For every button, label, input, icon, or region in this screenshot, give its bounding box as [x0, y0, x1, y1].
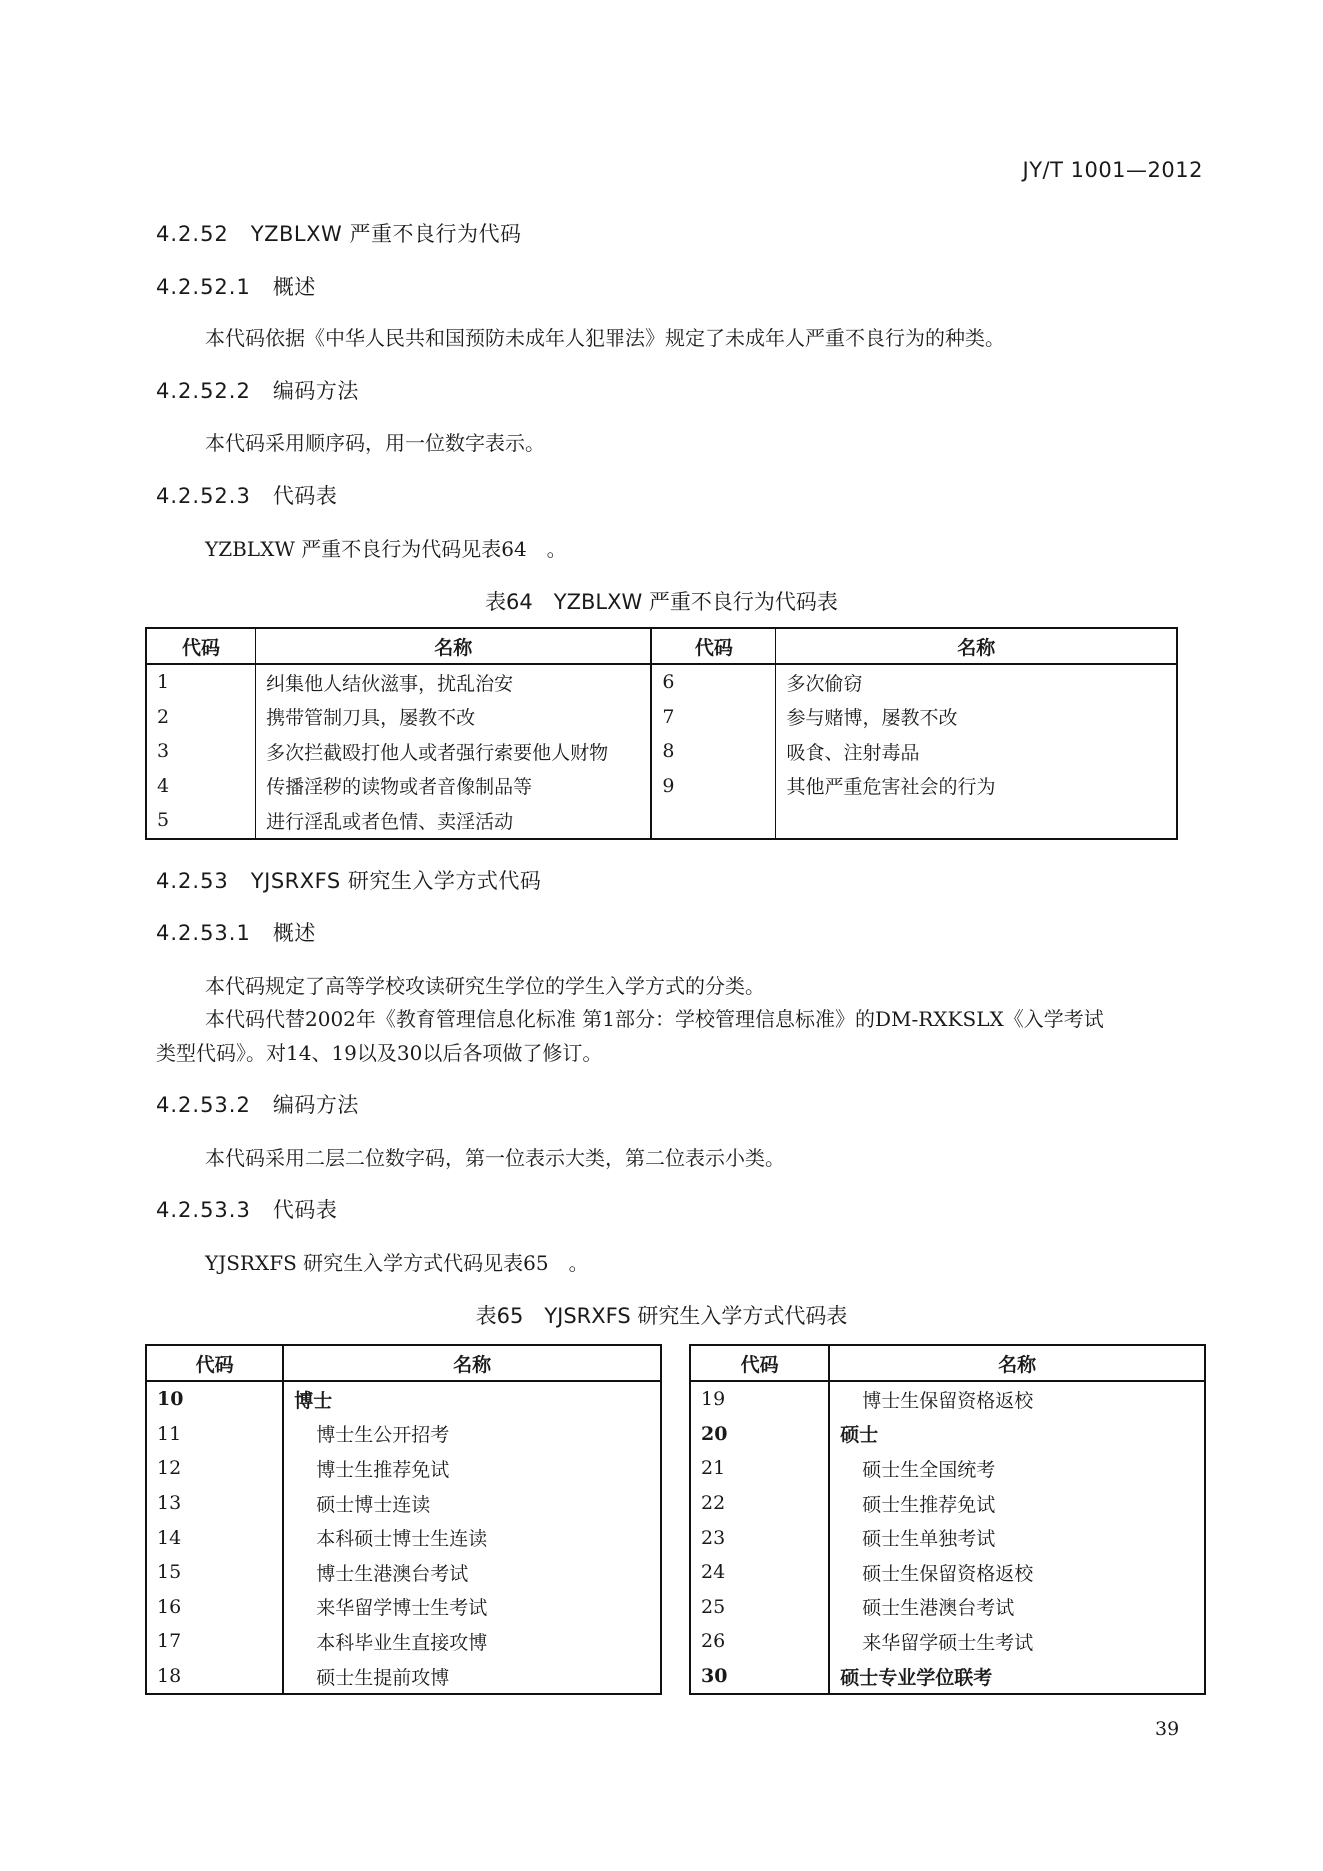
name-cell: 携带管制刀具，屡教不改: [256, 700, 652, 735]
name-cell: 硕士生单独考试: [829, 1520, 1205, 1555]
table-row: 12 博士生推荐免试: [146, 1451, 661, 1486]
table-row: 25 硕士生港澳台考试: [690, 1590, 1205, 1625]
name-cell: 博士生保留资格返校: [829, 1381, 1205, 1417]
table-row: 3 多次拦截殴打他人或者强行索要他人财物 8 吸食、注射毒品: [146, 734, 1177, 769]
code-cell: 26: [690, 1624, 829, 1659]
code-cell: 5: [146, 803, 256, 839]
name-cell: 本科毕业生直接攻博: [283, 1624, 661, 1659]
table-row: 10 博士: [146, 1381, 661, 1417]
name-cell: [776, 803, 1177, 839]
table-row: 20 硕士: [690, 1417, 1205, 1452]
code-cell: 8: [651, 734, 776, 769]
code-cell: 13: [146, 1486, 283, 1521]
section-title: YZBLXW 严重不良行为代码: [251, 222, 522, 246]
name-cell: 硕士博士连读: [283, 1486, 661, 1521]
code-cell: 2: [146, 700, 256, 735]
name-cell: 硕士生港澳台考试: [829, 1590, 1205, 1625]
table-caption: 表64 YZBLXW 严重不良行为代码表: [0, 586, 1323, 616]
code-cell: 10: [146, 1381, 283, 1417]
category-name-cell: 硕士专业学位联考: [829, 1659, 1205, 1695]
column-header-name: 名称: [776, 628, 1177, 664]
code-cell: [651, 803, 776, 839]
column-header-code: 代码: [651, 628, 776, 664]
subsection-title: 概述: [273, 921, 316, 945]
subsection-number: 4.2.53.1: [156, 921, 251, 945]
paragraph: 本代码代替2002年《教育管理信息化标准 第1部分：学校管理信息标准》的DM-R…: [205, 1003, 1104, 1032]
subsection-heading-4-2-53-1: 4.2.53.1概述: [156, 917, 316, 947]
column-header-name: 名称: [829, 1345, 1205, 1381]
paragraph: 本代码依据《中华人民共和国预防未成年人犯罪法》规定了未成年人严重不良行为的种类。: [205, 322, 1005, 351]
table-row: 24 硕士生保留资格返校: [690, 1555, 1205, 1590]
code-cell: 4: [146, 769, 256, 804]
table-row: 14 本科硕士博士生连读: [146, 1520, 661, 1555]
code-cell: 30: [690, 1659, 829, 1695]
section-heading-4-2-53: 4.2.53YJSRXFS 研究生入学方式代码: [156, 865, 541, 895]
subsection-heading-4-2-53-2: 4.2.53.2编码方法: [156, 1089, 359, 1119]
code-cell: 20: [690, 1417, 829, 1452]
code-cell: 3: [146, 734, 256, 769]
subsection-heading-4-2-52-2: 4.2.52.2编码方法: [156, 375, 359, 405]
table-row: 15 博士生港澳台考试: [146, 1555, 661, 1590]
code-cell: 7: [651, 700, 776, 735]
name-cell: 本科硕士博士生连读: [283, 1520, 661, 1555]
table-header-row: 代码 名称: [690, 1345, 1205, 1381]
table-row: 17 本科毕业生直接攻博: [146, 1624, 661, 1659]
table-row: 1 纠集他人结伙滋事，扰乱治安 6 多次偷窃: [146, 664, 1177, 700]
table-row: 22 硕士生推荐免试: [690, 1486, 1205, 1521]
paragraph: 本代码采用二层二位数字码，第一位表示大类，第二位表示小类。: [205, 1142, 785, 1171]
subsection-number: 4.2.53.3: [156, 1198, 251, 1222]
name-cell: 多次偷窃: [776, 664, 1177, 700]
column-header-name: 名称: [283, 1345, 661, 1381]
code-cell: 11: [146, 1417, 283, 1452]
name-cell: 吸食、注射毒品: [776, 734, 1177, 769]
code-cell: 18: [146, 1659, 283, 1695]
section-title: YJSRXFS 研究生入学方式代码: [251, 869, 542, 893]
section-number: 4.2.52: [156, 222, 229, 246]
name-cell: 纠集他人结伙滋事，扰乱治安: [256, 664, 652, 700]
code-cell: 21: [690, 1451, 829, 1486]
paragraph: 本代码采用顺序码，用一位数字表示。: [205, 427, 545, 456]
category-name-cell: 博士: [283, 1381, 661, 1417]
table-row: 16 来华留学博士生考试: [146, 1590, 661, 1625]
name-cell: 硕士生全国统考: [829, 1451, 1205, 1486]
subsection-number: 4.2.52.3: [156, 484, 251, 508]
code-cell: 22: [690, 1486, 829, 1521]
table-row: 30 硕士专业学位联考: [690, 1659, 1205, 1695]
table-caption: 表65 YJSRXFS 研究生入学方式代码表: [0, 1300, 1323, 1330]
table-row: 11 博士生公开招考: [146, 1417, 661, 1452]
table-row: 5 进行淫乱或者色情、卖淫活动: [146, 803, 1177, 839]
table-row: 2 携带管制刀具，屡教不改 7 参与赌博，屡教不改: [146, 700, 1177, 735]
code-table-65-right: 代码 名称 19 博士生保留资格返校 20 硕士 21 硕士生全国统考 22 硕…: [689, 1344, 1206, 1695]
subsection-heading-4-2-53-3: 4.2.53.3代码表: [156, 1194, 337, 1224]
standard-code: JY/T 1001—2012: [1023, 158, 1204, 182]
code-cell: 24: [690, 1555, 829, 1590]
code-cell: 23: [690, 1520, 829, 1555]
code-table-64: 代码 名称 代码 名称 1 纠集他人结伙滋事，扰乱治安 6 多次偷窃 2 携带管…: [145, 627, 1178, 840]
name-cell: 博士生公开招考: [283, 1417, 661, 1452]
subsection-title: 编码方法: [273, 1093, 359, 1117]
code-cell: 17: [146, 1624, 283, 1659]
column-header-code: 代码: [690, 1345, 829, 1381]
table-row: 13 硕士博士连读: [146, 1486, 661, 1521]
paragraph: YJSRXFS 研究生入学方式代码见表65 。: [205, 1247, 589, 1276]
subsection-heading-4-2-52-1: 4.2.52.1概述: [156, 271, 316, 301]
table-header-row: 代码 名称 代码 名称: [146, 628, 1177, 664]
code-cell: 6: [651, 664, 776, 700]
name-cell: 传播淫秽的读物或者音像制品等: [256, 769, 652, 804]
subsection-number: 4.2.53.2: [156, 1093, 251, 1117]
table-row: 23 硕士生单独考试: [690, 1520, 1205, 1555]
name-cell: 来华留学硕士生考试: [829, 1624, 1205, 1659]
table-row: 21 硕士生全国统考: [690, 1451, 1205, 1486]
code-cell: 12: [146, 1451, 283, 1486]
name-cell: 硕士生提前攻博: [283, 1659, 661, 1695]
subsection-title: 概述: [273, 275, 316, 299]
category-name-cell: 硕士: [829, 1417, 1205, 1452]
name-cell: 博士生港澳台考试: [283, 1555, 661, 1590]
subsection-title: 编码方法: [273, 379, 359, 403]
code-table-65-left: 代码 名称 10 博士 11 博士生公开招考 12 博士生推荐免试 13 硕士博…: [145, 1344, 662, 1695]
section-heading-4-2-52: 4.2.52YZBLXW 严重不良行为代码: [156, 218, 521, 248]
subsection-number: 4.2.52.1: [156, 275, 251, 299]
page-number: 39: [1155, 1718, 1179, 1740]
subsection-title: 代码表: [273, 1198, 338, 1222]
paragraph: YZBLXW 严重不良行为代码见表64 。: [205, 533, 567, 562]
code-cell: 9: [651, 769, 776, 804]
name-cell: 多次拦截殴打他人或者强行索要他人财物: [256, 734, 652, 769]
paragraph-continuation: 类型代码》。对14、19以及30以后各项做了修订。: [156, 1037, 602, 1066]
subsection-number: 4.2.52.2: [156, 379, 251, 403]
table-row: 4 传播淫秽的读物或者音像制品等 9 其他严重危害社会的行为: [146, 769, 1177, 804]
subsection-heading-4-2-52-3: 4.2.52.3代码表: [156, 480, 337, 510]
name-cell: 参与赌博，屡教不改: [776, 700, 1177, 735]
name-cell: 硕士生保留资格返校: [829, 1555, 1205, 1590]
table-row: 18 硕士生提前攻博: [146, 1659, 661, 1695]
name-cell: 博士生推荐免试: [283, 1451, 661, 1486]
code-cell: 16: [146, 1590, 283, 1625]
paragraph: 本代码规定了高等学校攻读研究生学位的学生入学方式的分类。: [205, 970, 765, 999]
column-header-code: 代码: [146, 628, 256, 664]
name-cell: 其他严重危害社会的行为: [776, 769, 1177, 804]
table-row: 19 博士生保留资格返校: [690, 1381, 1205, 1417]
code-cell: 25: [690, 1590, 829, 1625]
code-cell: 15: [146, 1555, 283, 1590]
code-cell: 14: [146, 1520, 283, 1555]
name-cell: 进行淫乱或者色情、卖淫活动: [256, 803, 652, 839]
name-cell: 硕士生推荐免试: [829, 1486, 1205, 1521]
column-header-name: 名称: [256, 628, 652, 664]
code-cell: 19: [690, 1381, 829, 1417]
column-header-code: 代码: [146, 1345, 283, 1381]
name-cell: 来华留学博士生考试: [283, 1590, 661, 1625]
code-cell: 1: [146, 664, 256, 700]
table-row: 26 来华留学硕士生考试: [690, 1624, 1205, 1659]
section-number: 4.2.53: [156, 869, 229, 893]
subsection-title: 代码表: [273, 484, 338, 508]
table-header-row: 代码 名称: [146, 1345, 661, 1381]
